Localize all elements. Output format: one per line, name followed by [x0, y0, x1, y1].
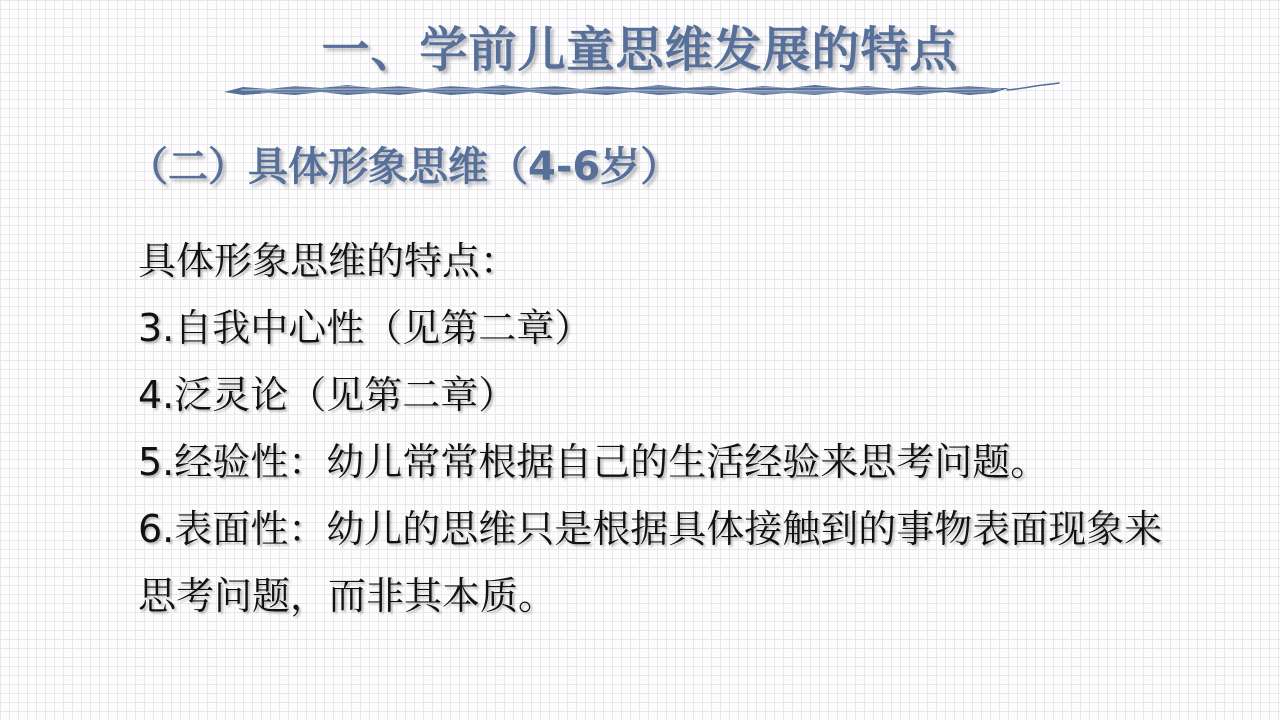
body-line-item6-wrap: 思考问题，而非其本质。 [138, 563, 1218, 630]
presentation-slide: 一、学前儿童思维发展的特点 （二）具体形象思维（4-6岁） 具体形象思维的特点：… [0, 0, 1280, 720]
body-line-intro: 具体形象思维的特点： [138, 228, 1218, 295]
slide-subtitle: （二）具体形象思维（4-6岁） [128, 141, 680, 193]
body-line-item3: 3.自我中心性（见第二章） [138, 295, 1218, 362]
body-line-item4: 4.泛灵论（见第二章） [138, 362, 1218, 429]
brush-stroke-underline-icon [221, 79, 1061, 99]
body-line-item5: 5.经验性：幼儿常常根据自己的生活经验来思考问题。 [138, 429, 1218, 496]
slide-title: 一、学前儿童思维发展的特点 [0, 22, 1280, 78]
body-line-item6: 6.表面性：幼儿的思维只是根据具体接触到的事物表面现象来 [138, 496, 1218, 563]
slide-body: 具体形象思维的特点： 3.自我中心性（见第二章） 4.泛灵论（见第二章） 5.经… [138, 228, 1218, 630]
